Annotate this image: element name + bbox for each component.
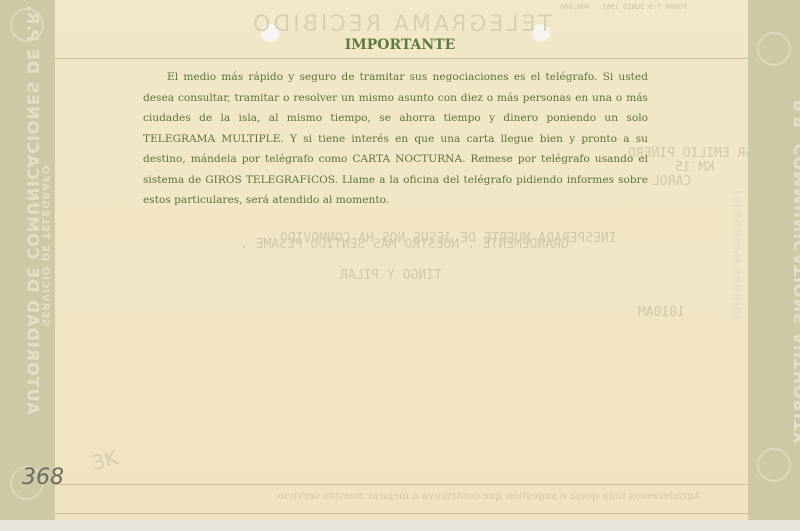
scan-background-edge xyxy=(0,520,800,531)
ghost-form-code: FORMA T-9 JUNIO 1961 - 400,000 xyxy=(560,3,686,11)
faint-pencil-mark: 3K xyxy=(89,445,120,475)
notice-body: El medio más rápido y seguro de tramitar… xyxy=(143,67,648,211)
top-rule xyxy=(55,58,748,59)
right-band-authority-text: P.R. COMMUNICATIONS AUTHORITY xyxy=(791,100,800,420)
ghost-line: GRANDEMENTE . NUESTRO MAS SENTIDO PESAME… xyxy=(240,237,569,252)
ghost-form-title: TELEGRAMA RECIBIDO xyxy=(250,12,552,37)
bottom-rule-2 xyxy=(55,513,748,514)
seal-icon xyxy=(757,448,791,482)
ghost-line: TINGO Y PILAR xyxy=(340,268,442,283)
ghost-line: 1010AM xyxy=(638,305,685,320)
ghost-footer: Agradecemos toda queja o sugestión que c… xyxy=(275,490,701,502)
handwritten-number: 368 xyxy=(22,465,64,490)
notice-paragraph: El medio más rápido y seguro de tramitar… xyxy=(143,67,648,211)
right-band-service-text: TELEGRAPH SERVICE xyxy=(733,156,744,356)
important-heading: IMPORTANTE xyxy=(0,37,800,53)
ghost-line: KM 15 xyxy=(675,160,714,175)
ghost-line: CAROL xyxy=(652,174,691,189)
left-band-service-text: SERVICIO DE TELEGRAFO xyxy=(40,131,51,361)
telegram-form-back: AUTORIDAD DE COMUNICACIONES DE P.R. SERV… xyxy=(0,0,800,520)
bottom-rule xyxy=(55,484,748,485)
